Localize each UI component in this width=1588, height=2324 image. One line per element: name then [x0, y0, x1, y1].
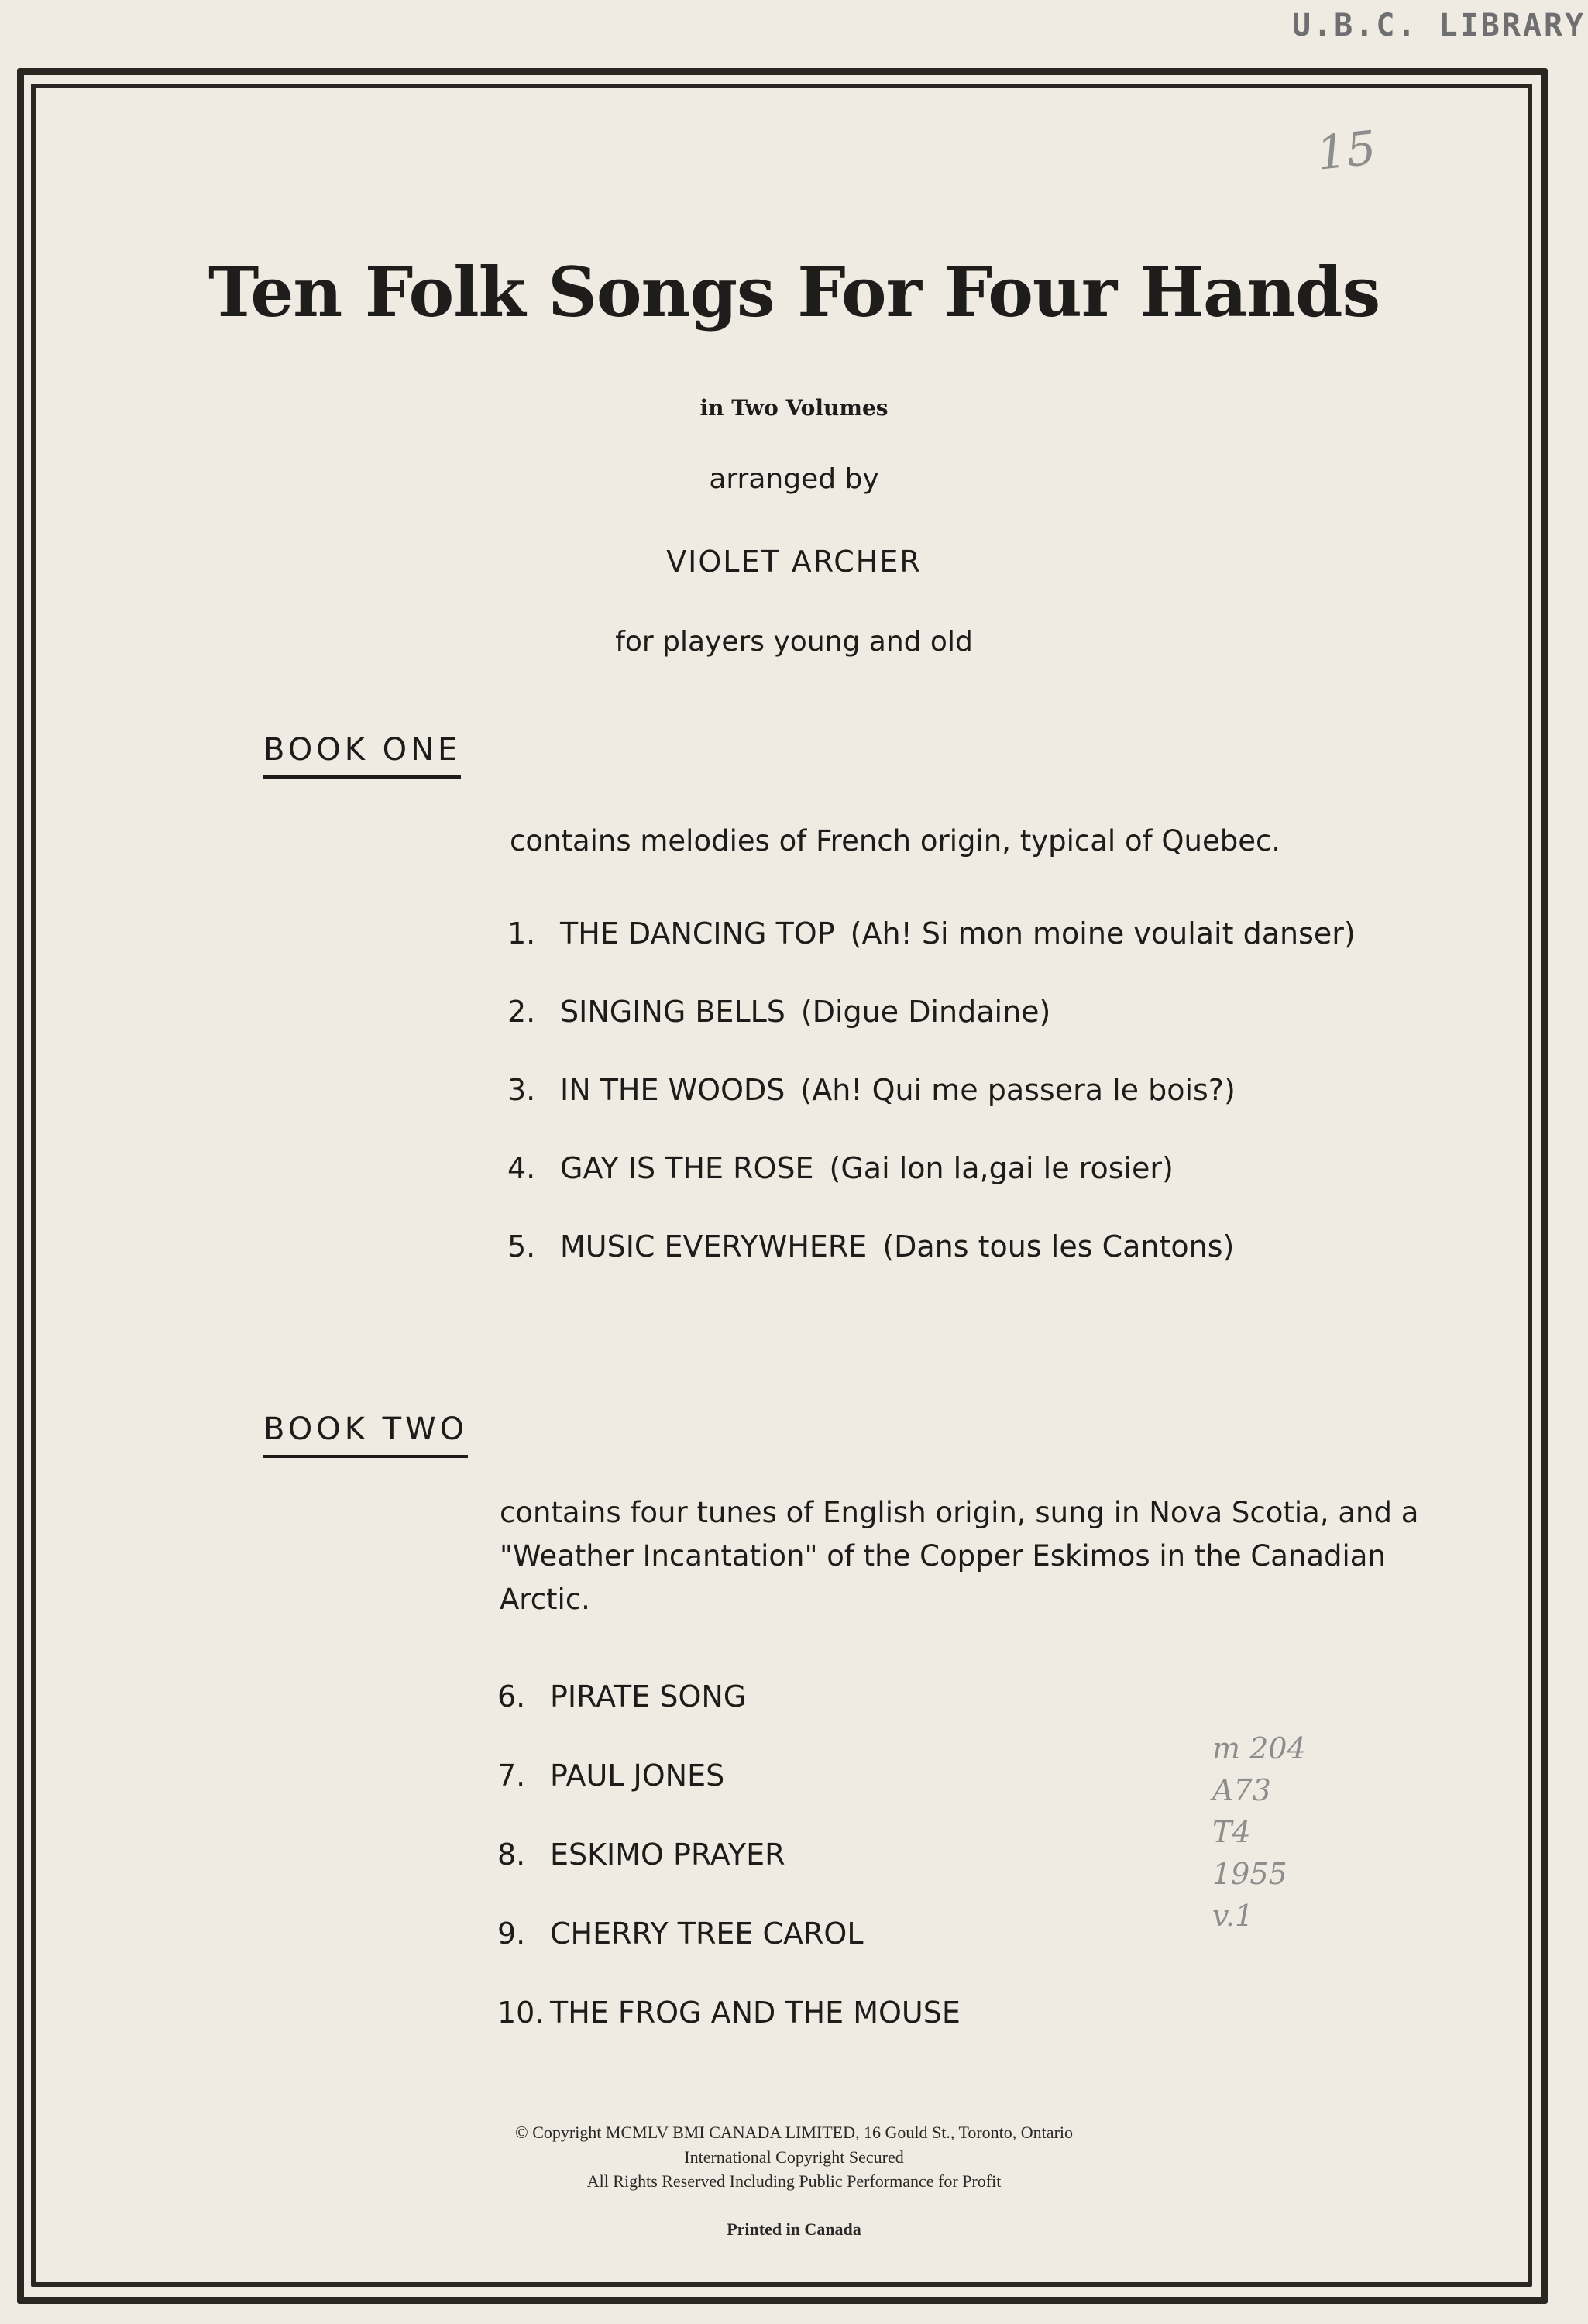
printed-in-line: Printed in Canada [0, 2219, 1588, 2240]
song-number: 8. [497, 1838, 550, 1872]
song-item: 7.PAUL JONES [497, 1758, 724, 1793]
call-number-line: 1955 [1212, 1853, 1306, 1895]
song-french-title: (Ah! Si mon moine voulait danser) [851, 916, 1356, 951]
song-number: 10. [497, 1996, 550, 2030]
song-french-title: (Ah! Qui me passera le bois?) [800, 1073, 1235, 1107]
song-title: PIRATE SONG [550, 1679, 746, 1714]
song-title: THE FROG AND THE MOUSE [550, 1996, 961, 2030]
song-item: 4.GAY IS THE ROSE(Gai lon la,gai le rosi… [507, 1151, 1174, 1185]
composer-name: VIOLET ARCHER [0, 545, 1588, 579]
song-title: THE DANCING TOP [560, 916, 835, 951]
song-title: ESKIMO PRAYER [550, 1838, 785, 1872]
song-item: 6.PIRATE SONG [497, 1679, 746, 1714]
handwritten-call-number: m 204 A73 T4 1955 v.1 [1212, 1728, 1306, 1937]
handwritten-page-number: 15 [1315, 121, 1379, 181]
song-number: 3. [507, 1073, 560, 1107]
copyright-secured-line: International Copyright Secured [0, 2147, 1588, 2168]
song-item: 1.THE DANCING TOP(Ah! Si mon moine voula… [507, 916, 1356, 951]
song-title: MUSIC EVERYWHERE [560, 1229, 867, 1263]
copyright-line: © Copyright MCMLV BMI CANADA LIMITED, 16… [0, 2123, 1588, 2143]
library-stamp: U.B.C. LIBRARY [1292, 8, 1586, 43]
song-item: 10.THE FROG AND THE MOUSE [497, 1996, 961, 2030]
book-two-heading: BOOK TWO [263, 1411, 468, 1458]
song-item: 5.MUSIC EVERYWHERE(Dans tous les Cantons… [507, 1229, 1234, 1263]
page-title: Ten Folk Songs For Four Hands [0, 252, 1588, 332]
book-two-description: contains four tunes of English origin, s… [500, 1491, 1452, 1621]
song-item: 3.IN THE WOODS(Ah! Qui me passera le boi… [507, 1073, 1236, 1107]
arranged-by-label: arranged by [0, 463, 1588, 495]
subtitle: in Two Volumes [0, 395, 1588, 421]
song-item: 8.ESKIMO PRAYER [497, 1838, 785, 1872]
song-number: 5. [507, 1229, 560, 1263]
song-number: 1. [507, 916, 560, 951]
song-french-title: (Gai lon la,gai le rosier) [830, 1151, 1174, 1185]
song-item: 9.CHERRY TREE CAROL [497, 1917, 864, 1951]
book-one-description: contains melodies of French origin, typi… [510, 820, 1463, 863]
song-title: SINGING BELLS [560, 995, 785, 1029]
song-item: 2.SINGING BELLS(Digue Dindaine) [507, 995, 1050, 1029]
song-number: 2. [507, 995, 560, 1029]
song-title: GAY IS THE ROSE [560, 1151, 814, 1185]
call-number-line: m 204 [1212, 1728, 1306, 1769]
rights-line: All Rights Reserved Including Public Per… [0, 2171, 1588, 2192]
song-number: 4. [507, 1151, 560, 1185]
song-number: 6. [497, 1679, 550, 1714]
call-number-line: v.1 [1212, 1895, 1306, 1937]
audience-line: for players young and old [0, 626, 1588, 658]
book-one-heading: BOOK ONE [263, 732, 461, 779]
song-title: IN THE WOODS [560, 1073, 785, 1107]
call-number-line: T4 [1212, 1811, 1306, 1853]
song-french-title: (Dans tous les Cantons) [882, 1229, 1234, 1263]
song-french-title: (Digue Dindaine) [801, 995, 1050, 1029]
song-title: PAUL JONES [550, 1758, 724, 1793]
call-number-line: A73 [1212, 1769, 1306, 1811]
song-title: CHERRY TREE CAROL [550, 1917, 864, 1951]
song-number: 9. [497, 1917, 550, 1951]
song-number: 7. [497, 1758, 550, 1793]
